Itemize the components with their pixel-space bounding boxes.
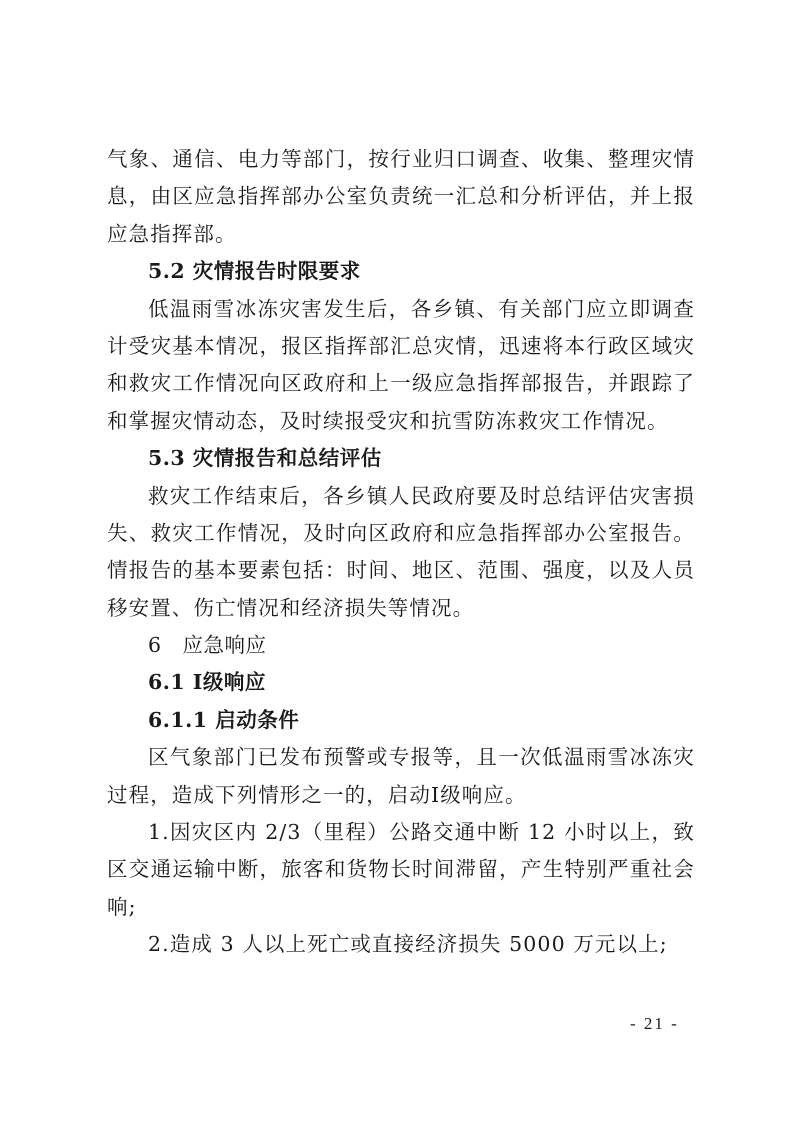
text-line: 1.因灾区内 2/3（里程）公路交通中断 12 小时以上，致使我 [107,814,695,851]
text-line: 和掌握灾情动态，及时续报受灾和抗雪防冻救灾工作情况。 [107,403,695,440]
text-line: 移安置、伤亡情况和经济损失等情况。 [107,590,695,627]
section-heading-6-1-1: 6.1.1 启动条件 [107,702,695,739]
text-line: 低温雨雪冰冻灾害发生后，各乡镇、有关部门应立即调查统 [107,291,695,328]
text-line: 响; [107,889,695,926]
text-line: 救灾工作结束后，各乡镇人民政府要及时总结评估灾害损 [107,478,695,515]
text-line: 和救灾工作情况向区政府和上一级应急指挥部报告，并跟踪了解 [107,365,695,402]
text-line: 2.造成 3 人以上死亡或直接经济损失 5000 万元以上; [107,926,695,963]
text-line: 情报告的基本要素包括：时间、地区、范围、强度，以及人员转 [107,552,695,589]
section-heading-5-3: 5.3 灾情报告和总结评估 [107,440,695,477]
text-line: 区气象部门已发布预警或专报等，且一次低温雨雪冰冻灾害 [107,739,695,776]
section-heading-6: 6 应急响应 [107,627,695,664]
text-line: 息，由区应急指挥部办公室负责统一汇总和分析评估，并上报区 [107,178,695,215]
section-heading-6-1: 6.1 Ⅰ级响应 [107,664,695,701]
paragraph-continuation: 气象、通信、电力等部门，按行业归口调查、收集、整理灾情信 息，由区应急指挥部办公… [107,141,695,253]
section-6-1-1-body: 区气象部门已发布预警或专报等，且一次低温雨雪冰冻灾害 过程，造成下列情形之一的，… [107,739,695,814]
text-line: 区交通运输中断，旅客和货物长时间滞留，产生特别严重社会影 [107,851,695,888]
section-heading-5-2: 5.2 灾情报告时限要求 [107,253,695,290]
text-line: 过程，造成下列情形之一的，启动Ⅰ级响应。 [107,777,695,814]
text-line: 气象、通信、电力等部门，按行业归口调查、收集、整理灾情信 [107,141,695,178]
text-line: 计受灾基本情况，报区指挥部汇总灾情，迅速将本行政区域灾情 [107,328,695,365]
text-line: 应急指挥部。 [107,216,695,253]
document-page: 气象、通信、电力等部门，按行业归口调查、收集、整理灾情信 息，由区应急指挥部办公… [107,141,695,964]
list-item-1: 1.因灾区内 2/3（里程）公路交通中断 12 小时以上，致使我 区交通运输中断… [107,814,695,926]
text-line: 失、救灾工作情况，及时向区政府和应急指挥部办公室报告。灾 [107,515,695,552]
page-number: - 21 - [630,1014,679,1034]
list-item-2: 2.造成 3 人以上死亡或直接经济损失 5000 万元以上; [107,926,695,963]
section-5-2-body: 低温雨雪冰冻灾害发生后，各乡镇、有关部门应立即调查统 计受灾基本情况，报区指挥部… [107,291,695,441]
section-5-3-body: 救灾工作结束后，各乡镇人民政府要及时总结评估灾害损 失、救灾工作情况，及时向区政… [107,478,695,628]
